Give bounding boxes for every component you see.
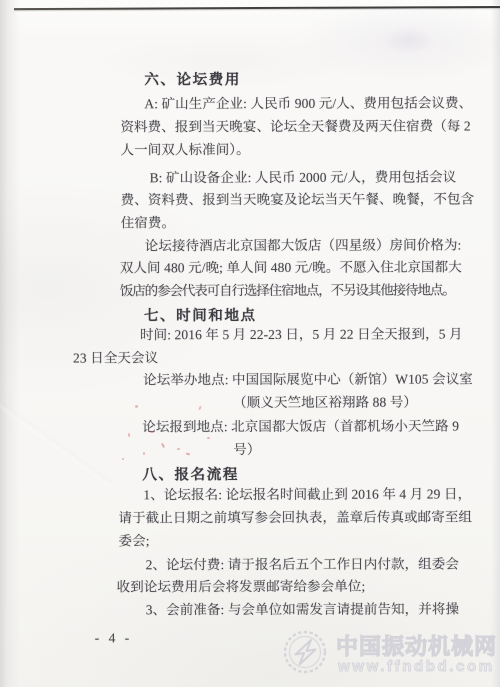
doc-line: 饭店的参会代表可自行选择住宿地点，不另设其他接待地点。 [120,282,455,298]
doc-line: 资料费、报到当天晚宴、论坛全天餐费及两天住宿费（每 2 [120,118,470,134]
ink-speck [143,452,145,455]
doc-line: 2、论坛付费: 请于报名后五个工作日内付款，组委会 [146,556,459,572]
doc-line: 时间: 2016 年 5 月 22-23 日，5 月 22 日全天报到，5 月 [140,326,463,342]
doc-line: B: 矿山设备企业: 人民币 2000 元/人，费用包括会议 [150,169,457,185]
ink-speck [122,458,124,460]
doc-line: （顺义天竺地区裕翔路 88 号） [233,395,417,410]
ink-speck [135,405,138,408]
section-heading-time-place: 七、时间和地点 [144,304,257,325]
doc-line: 住宿费。 [121,215,175,230]
document-body: 六、论坛费用 A: 矿山生产企业: 人民币 900 元/人、费用包括会议费、 资… [0,0,500,687]
doc-line: 3、会前准备: 与会单位如需发言请提前告知，并将操 [146,601,459,617]
doc-line: 1、论坛报名: 论坛报名时间截止到 2016 年 4 月 29 日， [143,486,471,502]
doc-line: 号） [233,442,260,457]
ink-speck [150,431,154,433]
page-number: - 4 - [95,630,133,646]
doc-line: 费、资料费、报到当天晚宴及论坛当天午餐、晚餐，不包含 [121,191,475,207]
doc-line: A: 矿山生产企业: 人民币 900 元/人、费用包括会议费、 [144,95,472,111]
doc-line: 论坛举办地点: 中国国际展览中心（新馆）W105 会议室 [143,371,473,387]
doc-line: 人一间双人标准间）。 [120,142,249,157]
ink-speck [207,437,210,439]
doc-line: 请于截止日期之前填写参会回执表，盖章后传真或邮寄至组 [118,509,472,525]
doc-line: 论坛接待酒店北京国都大饭店（四星级）房间价格为: [145,237,462,253]
section-heading-fees: 六、论坛费用 [144,68,241,89]
doc-line: 委会; [118,533,149,548]
ink-speck [177,448,180,450]
doc-line: 收到论坛费用后会将发票邮寄给参会单位; [117,579,366,595]
doc-line: 论坛报到地点: 北京国都大饭店（首都机场小天竺路 9 [142,418,459,434]
section-heading-registration: 八、报名流程 [142,463,239,484]
doc-line: 23 日全天会议 [73,350,158,365]
doc-line: 双人间 480 元/晚; 单人间 480 元/晚。不愿入住北京国都大 [120,259,462,275]
scanned-document-page: 六、论坛费用 A: 矿山生产企业: 人民币 900 元/人、费用包括会议费、 资… [0,0,500,687]
